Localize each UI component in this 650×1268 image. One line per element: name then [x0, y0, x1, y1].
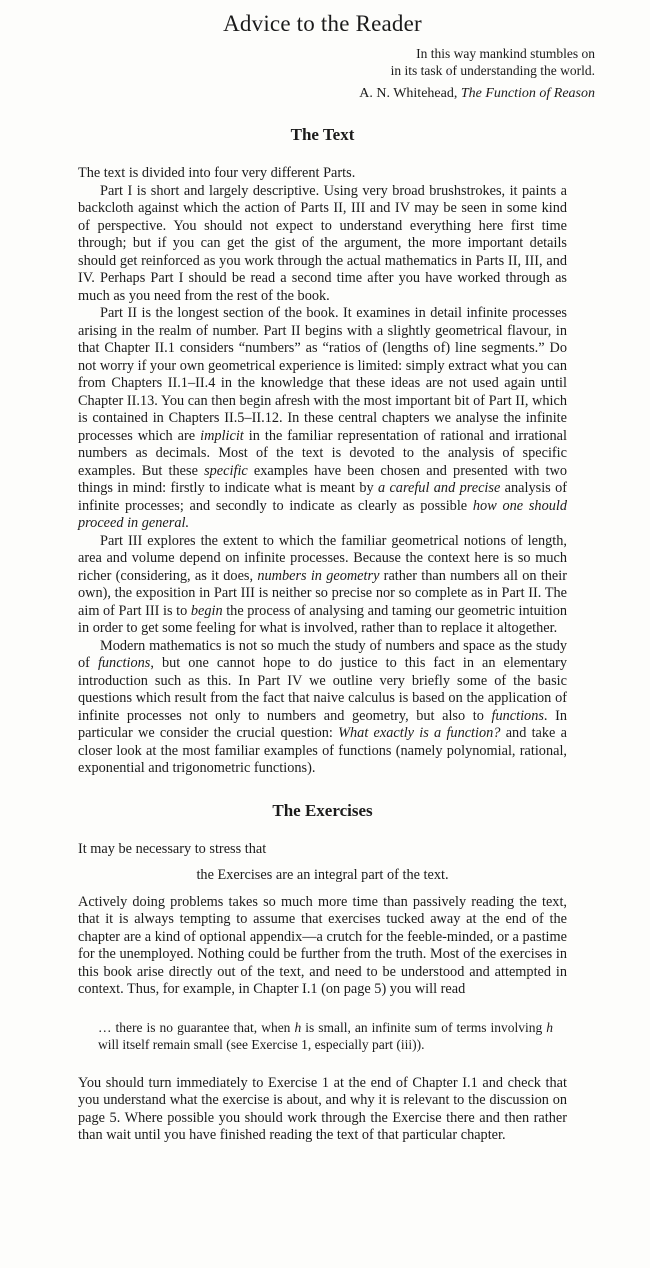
display-line: the Exercises are an integral part of th… [78, 867, 567, 885]
text-run: the Exercises are an integral part of th… [196, 867, 448, 883]
italic-text-run: functions [491, 708, 543, 724]
italic-text-run: implicit [200, 428, 244, 444]
paragraph: Part II is the longest section of the bo… [78, 305, 567, 533]
attribution-author: A. N. Whitehead, [359, 86, 461, 101]
text-run: The text is divided into four very diffe… [78, 165, 355, 181]
block-quote: … there is no guarantee that, when h is … [78, 1019, 567, 1053]
page-title: Advice to the Reader [78, 10, 567, 38]
paragraph: The text is divided into four very diffe… [78, 165, 567, 183]
text-run: You should turn immediately to Exercise … [78, 1075, 567, 1144]
page-body: The TextThe text is divided into four ve… [78, 124, 567, 1145]
text-run: Actively doing problems takes so much mo… [78, 894, 567, 998]
italic-text-run: a careful and precise [378, 480, 500, 496]
paragraph: You should turn immediately to Exercise … [78, 1075, 567, 1145]
text-run: … there is no guarantee that, when [98, 1020, 294, 1035]
italic-text-run: specific [204, 463, 248, 479]
italic-text-run: What exactly is a function? [338, 725, 500, 741]
paragraph: Modern mathematics is not so much the st… [78, 638, 567, 778]
italic-text-run: functions [98, 655, 150, 671]
text-run: It may be necessary to stress that [78, 841, 266, 857]
epigraph-attribution: A. N. Whitehead, The Function of Reason [78, 86, 595, 102]
epigraph-line-2: in its task of understanding the world. [78, 63, 595, 80]
page-content: Advice to the Reader In this way mankind… [0, 10, 650, 1145]
attribution-work-title: The Function of Reason [461, 86, 595, 101]
paragraph: It may be necessary to stress that [78, 841, 567, 859]
text-run: Part II is the longest section of the bo… [78, 305, 567, 444]
epigraph-line-1: In this way mankind stumbles on [78, 46, 595, 63]
text-run: is small, an infinite sum of terms invol… [301, 1020, 546, 1035]
paragraph: Part I is short and largely descriptive.… [78, 183, 567, 306]
book-page: Advice to the Reader In this way mankind… [0, 0, 650, 1268]
paragraph: Part III explores the extent to which th… [78, 533, 567, 638]
text-run: will itself remain small (see Exercise 1… [98, 1037, 425, 1052]
epigraph: In this way mankind stumbles on in its t… [78, 46, 595, 102]
paragraph: Actively doing problems takes so much mo… [78, 894, 567, 999]
text-run: Part I is short and largely descriptive.… [78, 183, 567, 304]
italic-text-run: begin [191, 603, 223, 619]
italic-text-run: numbers in geometry [257, 568, 379, 584]
italic-text-run: h [546, 1020, 553, 1035]
section-heading: The Text [78, 124, 567, 146]
section-heading: The Exercises [78, 800, 567, 822]
